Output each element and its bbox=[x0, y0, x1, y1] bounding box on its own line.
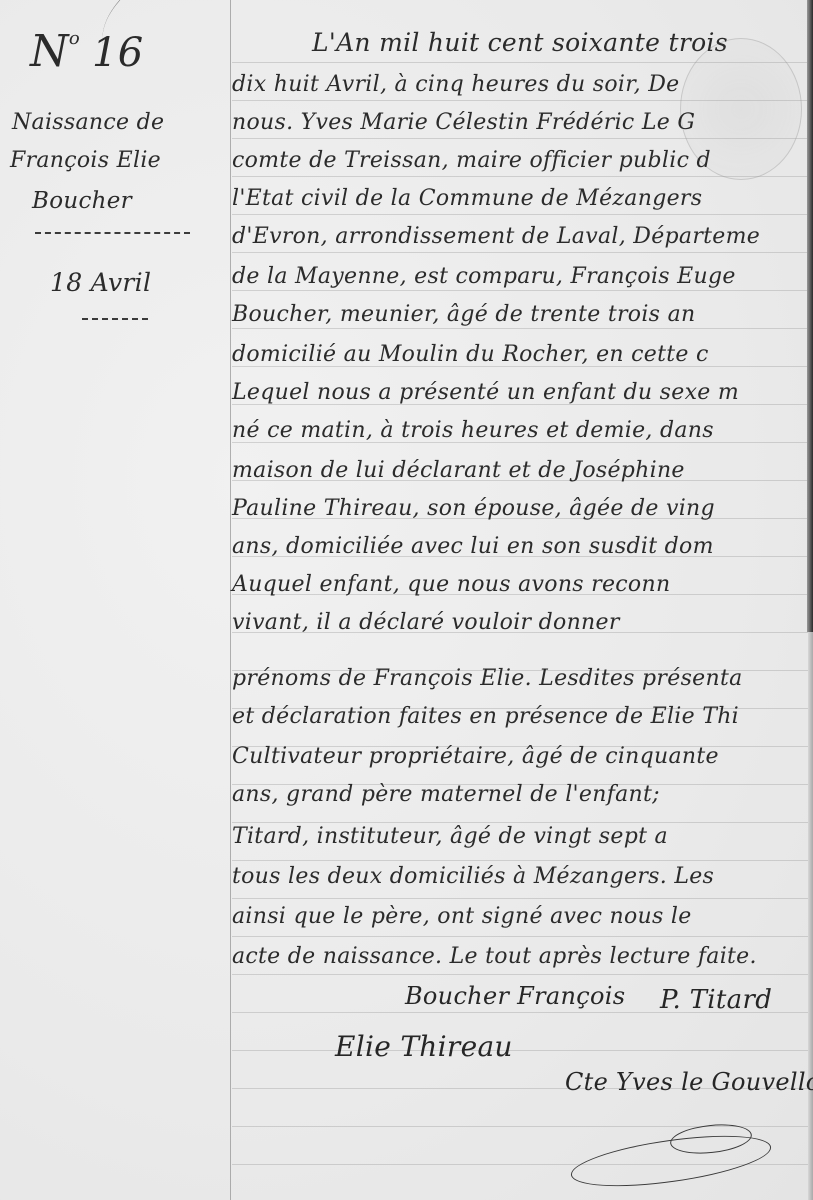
signature-witness-titard: P. Titard bbox=[660, 985, 772, 1015]
ruled-line bbox=[232, 936, 813, 937]
signature-mayor: Cte Yves le Gouvello bbox=[565, 1068, 813, 1096]
body-line: nous. Yves Marie Célestin Frédéric Le G bbox=[232, 108, 695, 138]
body-line: Titard, instituteur, âgé de vingt sept a bbox=[232, 822, 668, 852]
number-suffix: o bbox=[69, 28, 80, 49]
body-line: dix huit Avril, à cinq heures du soir, D… bbox=[232, 70, 679, 100]
child-surname: Boucher bbox=[32, 188, 132, 214]
record-date: 18 Avril bbox=[50, 268, 151, 297]
ruled-line bbox=[232, 860, 813, 861]
body-line: vivant, il a déclaré vouloir donner bbox=[232, 608, 620, 638]
body-line: d'Evron, arrondissement de Laval, Départ… bbox=[232, 222, 760, 252]
body-line: prénoms de François Elie. Lesdites prése… bbox=[232, 664, 743, 694]
body-line: ans, grand père maternel de l'enfant; bbox=[232, 780, 660, 810]
ruled-line bbox=[232, 138, 813, 139]
body-line: l'Etat civil de la Commune de Mézangers bbox=[232, 184, 702, 214]
body-line: de la Mayenne, est comparu, François Eug… bbox=[232, 262, 736, 292]
body-line: Pauline Thireau, son épouse, âgée de vin… bbox=[232, 494, 715, 524]
body-line: et déclaration faites en présence de Eli… bbox=[232, 702, 739, 732]
ruled-line bbox=[232, 898, 813, 899]
page-edge-shadow bbox=[807, 0, 813, 632]
ruled-line bbox=[232, 214, 813, 215]
ruled-line bbox=[232, 176, 813, 177]
page-edge-shadow bbox=[808, 632, 813, 1200]
signature-witness-thireau: Elie Thireau bbox=[335, 1030, 513, 1063]
body-line: ans, domiciliée avec lui en son susdit d… bbox=[232, 532, 714, 562]
signature-father: Boucher François bbox=[405, 982, 625, 1010]
separator-squiggle bbox=[35, 232, 190, 238]
record-number: No16 bbox=[30, 26, 143, 77]
body-line: né ce matin, à trois heures et demie, da… bbox=[232, 416, 714, 446]
body-line: Lequel nous a présenté un enfant du sexe… bbox=[232, 378, 739, 408]
body-line: ainsi que le père, ont signé avec nous l… bbox=[232, 902, 692, 932]
body-line: Boucher, meunier, âgé de trente trois an bbox=[232, 300, 695, 330]
ruled-line bbox=[232, 1050, 813, 1051]
margin-rule bbox=[230, 0, 231, 1200]
ruled-line bbox=[232, 100, 813, 101]
number-prefix: N bbox=[30, 26, 69, 77]
body-line: tous les deux domiciliés à Mézangers. Le… bbox=[232, 862, 714, 892]
body-line: maison de lui déclarant et de Joséphine bbox=[232, 456, 685, 486]
register-page: No16 Naissance de François Elie Boucher … bbox=[0, 0, 813, 1200]
body-line: Cultivateur propriétaire, âgé de cinquan… bbox=[232, 742, 719, 772]
ruled-line bbox=[232, 974, 813, 975]
child-given-names: François Elie bbox=[10, 148, 161, 173]
number-value: 16 bbox=[92, 30, 144, 76]
margin-title: Naissance de bbox=[12, 110, 164, 135]
separator-squiggle bbox=[82, 318, 148, 323]
body-line: acte de naissance. Le tout après lecture… bbox=[232, 942, 757, 972]
body-line: Auquel enfant, que nous avons reconn bbox=[232, 570, 670, 600]
body-line: L'An mil huit cent soixante trois bbox=[312, 28, 728, 58]
body-line: comte de Treissan, maire officier public… bbox=[232, 146, 711, 176]
ruled-line bbox=[232, 252, 813, 253]
body-line: domicilié au Moulin du Rocher, en cette … bbox=[232, 340, 709, 370]
